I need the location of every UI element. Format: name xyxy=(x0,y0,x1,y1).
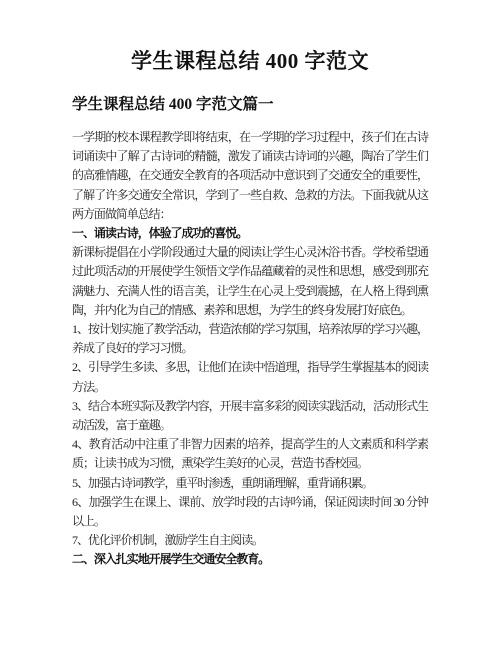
section-title: 学生课程总结 400 字范文篇一 xyxy=(72,94,428,116)
paragraph-item-5: 5、加强古诗词教学，重平时渗透，重朗诵理解，重背诵积累。 xyxy=(72,474,428,493)
paragraph-section1-intro: 新课标提倡在小学阶段通过大量的阅读让学生心灵沐浴书香。学校希望通过此项活动的开展… xyxy=(72,243,428,320)
page-title: 学生课程总结 400 字范文 xyxy=(72,46,428,76)
doc-heading-section-1: 一、诵读古诗，体验了成功的喜悦。 xyxy=(72,224,428,243)
document-page: 学生课程总结 400 字范文 学生课程总结 400 字范文篇一 一学期的校本课程… xyxy=(0,0,500,647)
paragraph-item-6: 6、加强学生在课上、课前、放学时段的古诗吟诵，保证阅读时间 30 分钟以上。 xyxy=(72,493,428,531)
paragraph-item-2: 2、引导学生多读、多思，让他们在读中悟道理，指导学生掌握基本的阅读方法。 xyxy=(72,358,428,396)
paragraph-intro: 一学期的校本课程教学即将结束，在一学期的学习过程中，孩子们在古诗词诵读中了解了古… xyxy=(72,128,428,224)
paragraph-item-4: 4、教育活动中注重了非智力因素的培养，提高学生的人文素质和科学素质；让读书成为习… xyxy=(72,435,428,473)
paragraph-item-1: 1、按计划实施了教学活动，营造浓郁的学习氛围，培养浓厚的学习兴趣，养成了良好的学… xyxy=(72,320,428,358)
paragraph-item-7: 7、优化评价机制，激励学生自主阅读。 xyxy=(72,531,428,550)
doc-heading-section-2: 二、深入扎实地开展学生交通安全教育。 xyxy=(72,550,428,569)
paragraph-item-3: 3、结合本班实际及教学内容，开展丰富多彩的阅读实践活动，活动形式生动活泼，富于童… xyxy=(72,397,428,435)
document-body: 一学期的校本课程教学即将结束，在一学期的学习过程中，孩子们在古诗词诵读中了解了古… xyxy=(72,128,428,570)
